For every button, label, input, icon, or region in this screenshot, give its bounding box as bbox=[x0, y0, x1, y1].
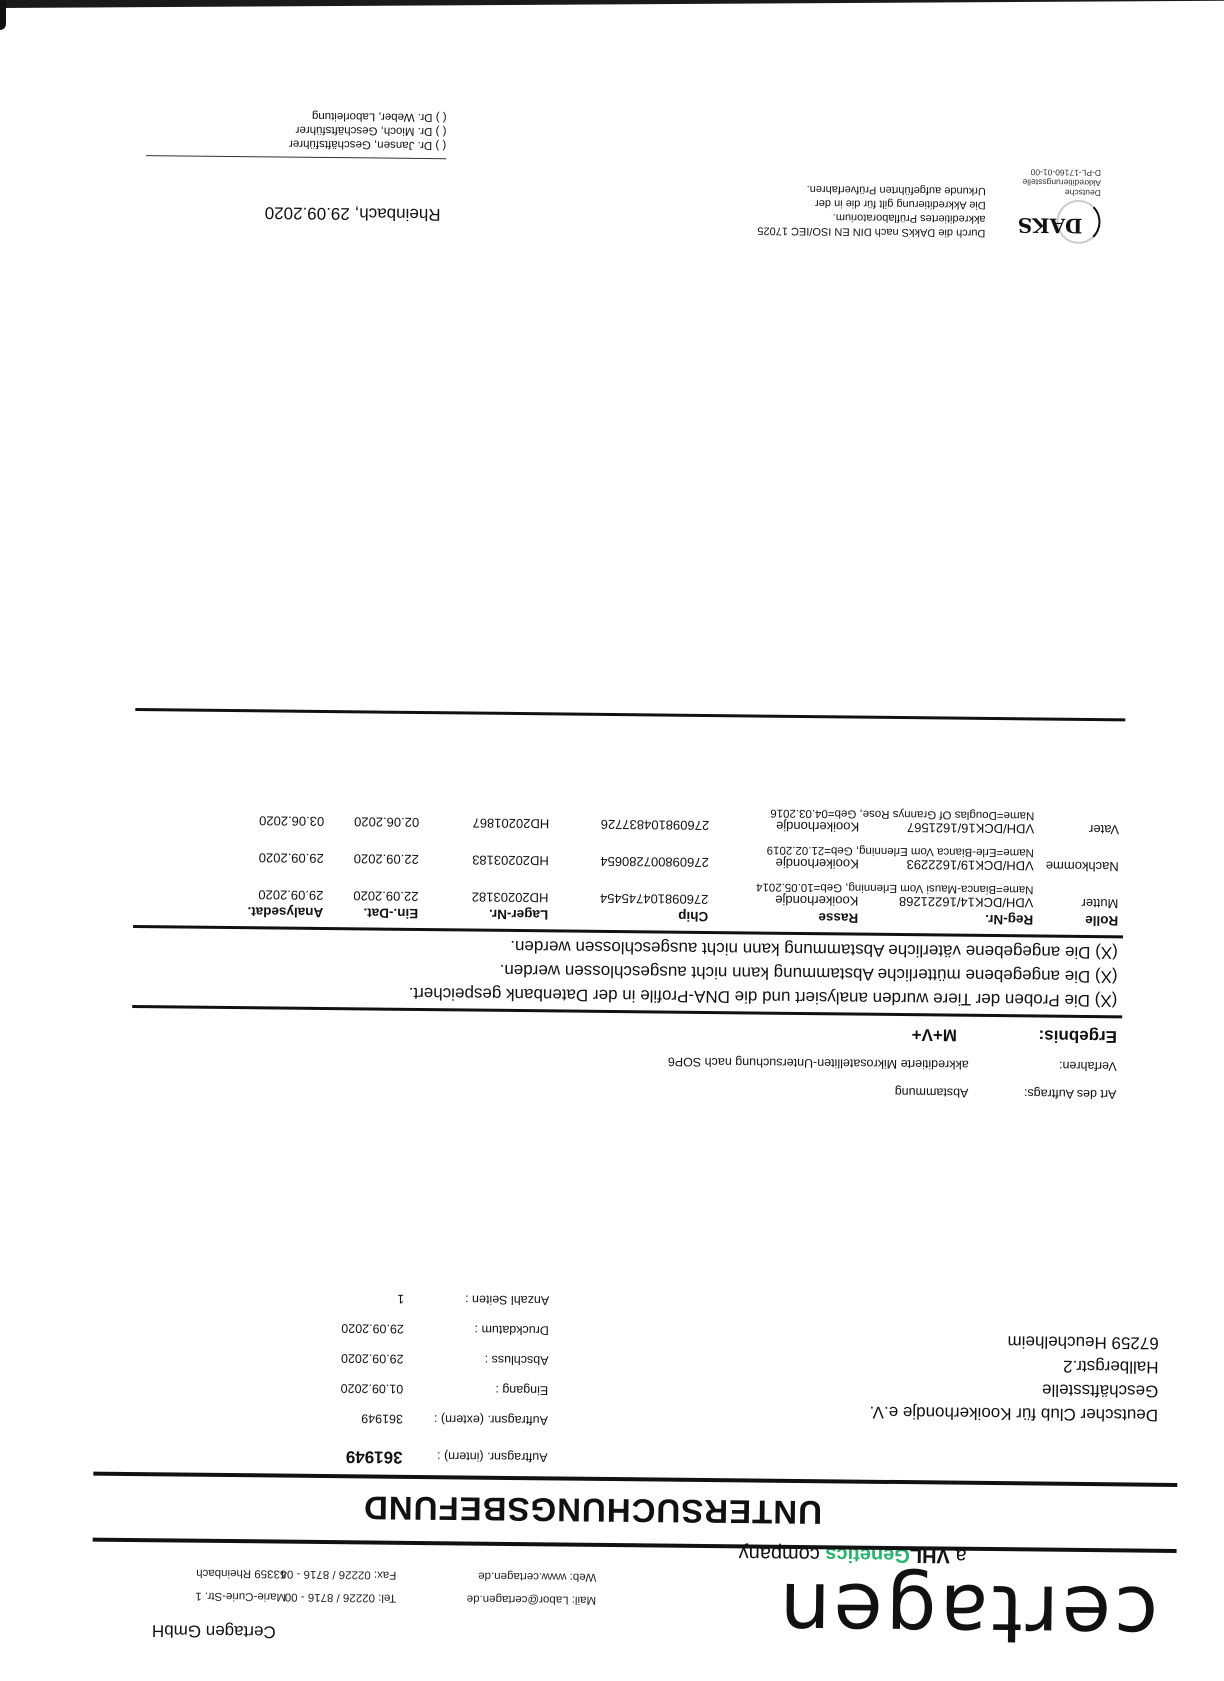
meta-row: Eingang :01.09.2020 bbox=[341, 1373, 549, 1405]
scan-edge-left bbox=[0, 0, 6, 30]
meta-row: Abschluss :29.09.2020 bbox=[341, 1343, 549, 1375]
contact-street: Marie-Curie-Str. 1 bbox=[195, 1590, 286, 1603]
contact-city: 53359 Rheinbach bbox=[196, 1567, 286, 1580]
title-rule-bottom bbox=[93, 1472, 1177, 1487]
order-intern: Auftragsnr. (intern) :361949 bbox=[346, 1446, 548, 1468]
contact-fax: Fax: 02226 / 8716 - 04 bbox=[280, 1568, 396, 1581]
document-page: certagen a VHLGenetics company Certagen … bbox=[0, 0, 1224, 1681]
order-meta: Auftragsnr. (extern) :361949 Eingang :01… bbox=[340, 1283, 549, 1435]
company-name: Certagen GmbH bbox=[152, 1620, 276, 1641]
document-title: UNTERSUCHUNGSBEFUND bbox=[363, 1488, 822, 1531]
place-date: Rheinbach, 29.09.2020 bbox=[265, 202, 441, 224]
meta-row: Druckdatum :29.09.2020 bbox=[341, 1313, 549, 1345]
daks-text: Durch die DAkkS nach DIN EN ISO/IEC 1702… bbox=[725, 181, 986, 240]
signature-line bbox=[146, 155, 446, 159]
statements: (X) Die Proben der Tiere wurden analysie… bbox=[409, 933, 1118, 1012]
order-type: Art des Auftrags:Abstammung bbox=[895, 1085, 1117, 1101]
meta-row: Anzahl Seiten :1 bbox=[341, 1283, 549, 1315]
contact-web: Web: www.certagen.de bbox=[478, 1570, 596, 1583]
results-table: Rolle Reg-Nr. Rasse Chip Lager-Nr. Ein.-… bbox=[138, 790, 1119, 930]
title-rule-top bbox=[93, 1538, 1177, 1553]
result: Ergebnis:M+V+ bbox=[912, 1024, 1118, 1046]
meta-row: Auftragsnr. (extern) :361949 bbox=[340, 1403, 548, 1435]
daks-block: DAKS Deutsche Akkreditierungsstelle D-PL… bbox=[770, 253, 1100, 256]
daks-logo: DAKS bbox=[1010, 199, 1100, 244]
signatories: ( ) Dr. Jansen, Geschäftsführer ( ) Dr. … bbox=[289, 109, 447, 153]
recipient-address: Deutscher Club für Kooikerhondje e.V. Ge… bbox=[869, 1328, 1159, 1427]
contact-tel: Tel: 02226 / 8716 - 00 bbox=[285, 1591, 396, 1604]
certagen-logo: certagen bbox=[776, 1565, 1158, 1662]
daks-org: Deutsche Akkreditierungsstelle D-PL-1716… bbox=[1022, 167, 1101, 198]
method: Verfahren:akkreditierte Mikrosatelliten-… bbox=[668, 1055, 1117, 1074]
table-rule-bottom bbox=[135, 708, 1125, 721]
contact-mail: Mail: Labor@certagen.de bbox=[467, 1593, 596, 1606]
